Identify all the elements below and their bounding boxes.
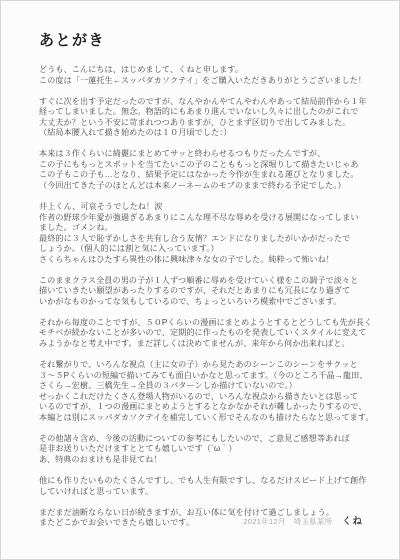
text-line: 経ってしまいました。無念。物語的にもあまり進んでいないし久々に出したのがこれで — [39, 107, 371, 118]
text-line: それ繋がりで、いろんな視点（主に女の子）から見たあのシーンこのシーンをサクッと — [39, 360, 371, 371]
paragraph-characters: 井上くん、可哀そうでしたね！涙 作者の野球少年愛が強過ぎるあまりにこんな理不尽な… — [39, 202, 371, 265]
text-line: せっかくこれだけたくさん登場人物がいるので、いろんな視点から描きたいとは思って — [39, 392, 371, 403]
page-title: あとがき — [39, 29, 371, 50]
paragraph-feedback-request: その他諸々含め、今後の活動についての参考にもしたいので、ご意見ご感想等あれば 是… — [39, 434, 371, 466]
text-line: 是非お送りいただけますととても嬉しいです（´ω｀） — [39, 444, 371, 455]
text-line: 本編とは別にスッパダカソクテイを補完していく形でそんなのも描けたらなと思ってます… — [39, 413, 371, 424]
text-line: この子にももっとスポットを当てたいこの子のことももっと深堀りして描きたいじゃあ — [39, 160, 371, 171]
paragraph-original-plan: 本来は３作くらいに綺麗にまとめてサッと終わらせるつもりだったんですが、 この子に… — [39, 149, 371, 191]
page-content: あとがき どうも、こんにちは、はじめまして、くねと申します。 この度は「一蓮托生… — [39, 29, 371, 539]
body-text: どうも、こんにちは、はじめまして、くねと申します。 この度は「一蓮托生←スッパダ… — [39, 65, 371, 529]
text-line: （今回出てきた子のほとんどは本来ノーネームのモブのままで終わる予定でした。） — [39, 181, 371, 192]
text-line: していければと思っています。 — [39, 487, 371, 498]
text-line: どうも、こんにちは、はじめまして、くねと申します。 — [39, 65, 371, 76]
text-line: 本来は３作くらいに綺麗にまとめてサッと終わらせるつもりだったんですが、 — [39, 149, 371, 160]
text-line: その他諸々含め、今後の活動についての参考にもしたいので、ご意見ご感想等あれば — [39, 434, 371, 445]
text-line: 井上くん、可哀そうでしたね！涙 — [39, 202, 371, 213]
text-line: 大丈夫か？という不安に苛まれつつありますが、ひとまず区切りで出してみました。 — [39, 118, 371, 129]
paragraph-motivation: 他にも作りたいものたくさんですし、でも人生有限ですし、なるだけスピード上げて創作… — [39, 476, 371, 497]
text-line: しょうか。（個人的には割と気に入っています。） — [39, 244, 371, 255]
text-line: ました。ゴメンね。 — [39, 223, 371, 234]
text-line: モチベが続かないことが多いので、定期的に作ったものを発表していくスタイルに変えて — [39, 328, 371, 339]
text-line: さくらちゃんはひたすら異性の体に興味津々な女の子でした。純粋って怖いね！ — [39, 255, 371, 266]
afterword-page: あとがき どうも、こんにちは、はじめまして、くねと申します。 この度は「一蓮托生… — [0, 0, 400, 560]
text-line: いかがなものかってな気もしているので、ちょっといろいろ模索中でございます。 — [39, 297, 371, 308]
text-line: さくら→宏樹、三橋先生→全員の３パターンしか描けていないので。） — [39, 381, 371, 392]
signature-date-place: 2021年12月 埼玉県某所 — [243, 517, 332, 526]
paragraph-release-style: それから毎度のことですが、５０Pくらいの漫画にまとめようとするとどうしても先が長… — [39, 318, 371, 350]
text-line: この子もこの子も…となり、結果予定にはなかった今作が生まれる運びとなりました。 — [39, 170, 371, 181]
text-line: （結局本腰入れて描き始めたのは１０月頃でした：） — [39, 128, 371, 139]
paragraph-short-stories: それ繋がりで、いろんな視点（主に女の子）から見たあのシーンこのシーンをサクッと … — [39, 360, 371, 423]
text-line: このままクラス全員の男の子が１人ずつ順番に辱めを受けていく様をこの調子で淡々と — [39, 276, 371, 287]
text-line: すぐに次を出す予定だったのですが、なんやかんやてんやわんやあって結局前作から１年 — [39, 97, 371, 108]
text-line: ３～５Pくらいの短編で描いてみても面白いかなと思ってます。（今のところ千晶→龍田… — [39, 371, 371, 382]
signature: 2021年12月 埼玉県某所 くね — [243, 511, 363, 529]
text-line: あ、特典のおまけも是非見てね！ — [39, 455, 371, 466]
paragraph-delay-apology: すぐに次を出す予定だったのですが、なんやかんやてんやわんやあって結局前作から１年… — [39, 97, 371, 139]
text-line: 描いていきたい願望があったりするのですが、それだとあまりにも冗長になり過ぎて — [39, 286, 371, 297]
text-line: 作者の野球少年愛が強過ぎるあまりにこんな理不尽な辱めを受ける展開になってしまい — [39, 213, 371, 224]
text-line: それから毎度のことですが、５０Pくらいの漫画にまとめようとするとどうしても先が長… — [39, 318, 371, 329]
text-line: この度は「一蓮托生←スッパダカソクテイ」をご購入いただきありがとうございました！ — [39, 76, 371, 87]
text-line: いるのですが、１つの漫画にまとめようとするとなかなかそれが難しかったりするので、 — [39, 402, 371, 413]
text-line: 他にも作りたいものたくさんですし、でも人生有限ですし、なるだけスピード上げて創作 — [39, 476, 371, 487]
paragraph-greeting: どうも、こんにちは、はじめまして、くねと申します。 この度は「一蓮托生←スッパダ… — [39, 65, 371, 86]
text-line: 最終的に３人で恥ずかしさを共有し合う友情？エンドになりましたがいかがだったで — [39, 234, 371, 245]
paragraph-future-wish: このままクラス全員の男の子が１人ずつ順番に辱めを受けていく様をこの調子で淡々と … — [39, 276, 371, 308]
signature-author-name: くね — [342, 516, 363, 527]
text-line: みようかなと考え中です。まだ詳しくは決めてませんが、来年から何か出来ればと。 — [39, 339, 371, 350]
